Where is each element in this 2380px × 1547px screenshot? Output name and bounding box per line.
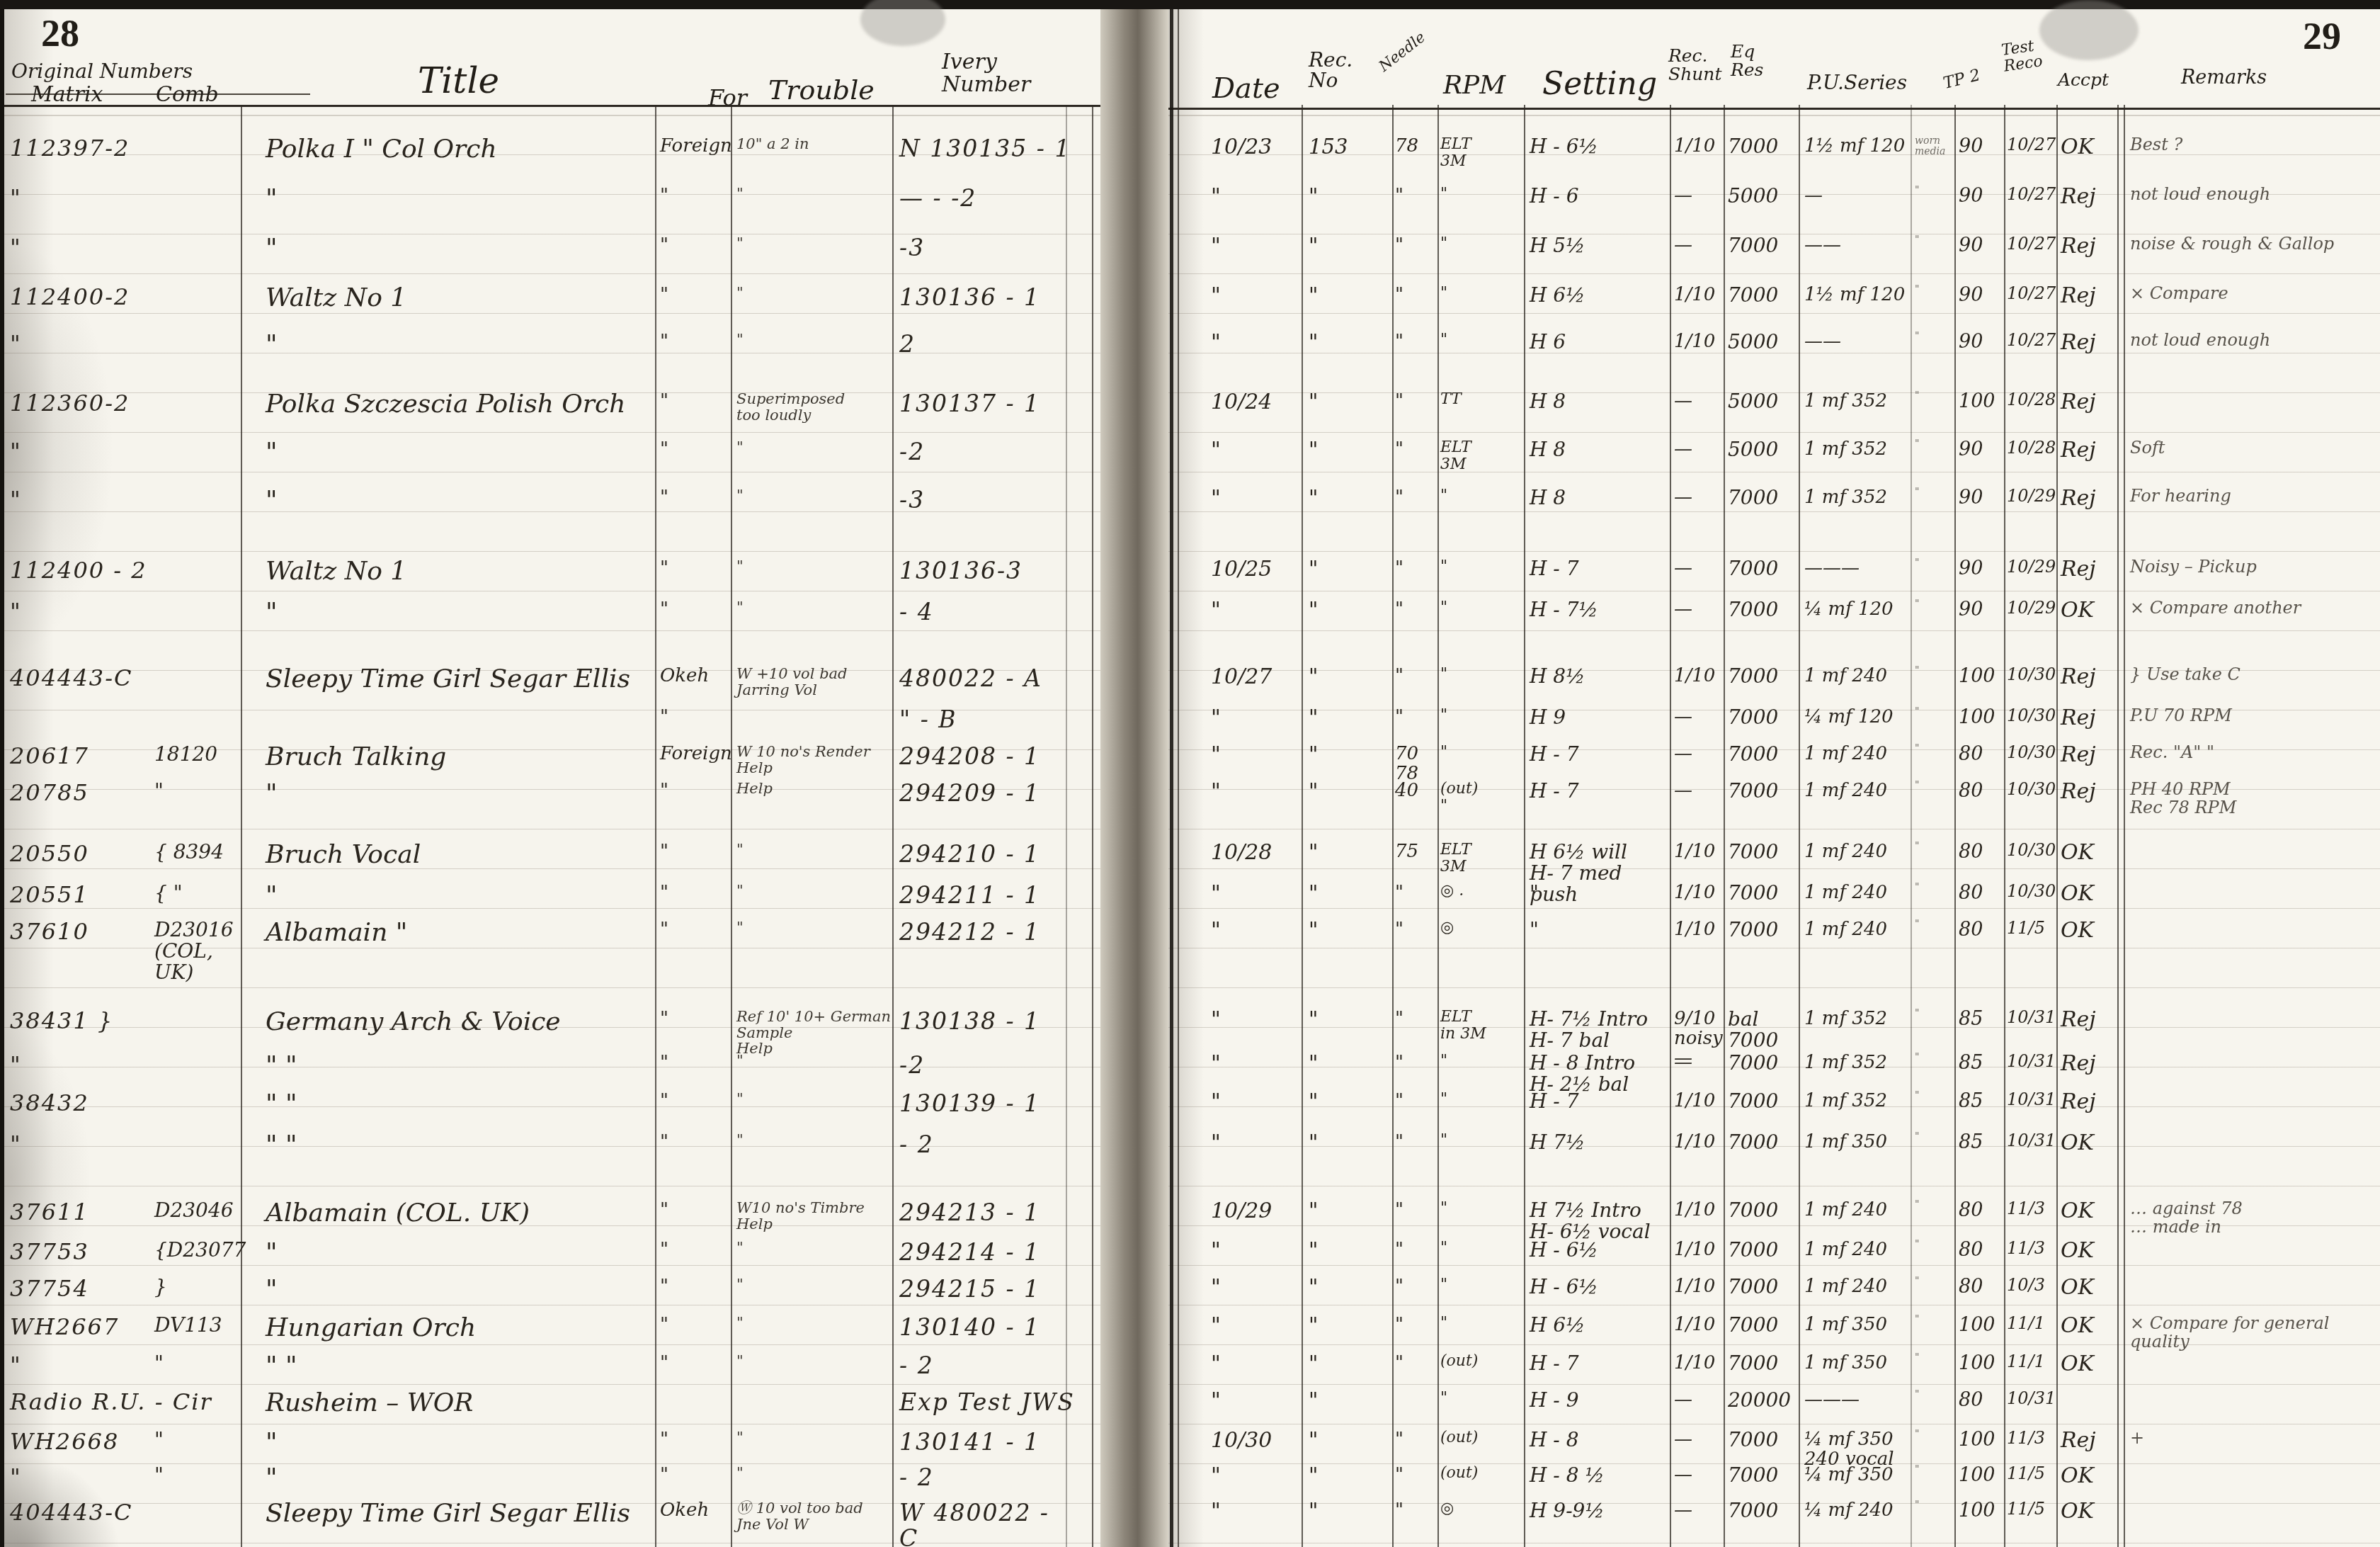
cell-shunt: — (1674, 781, 1725, 800)
header-ivery-number: Ivery Number (942, 51, 1030, 96)
cell-date: 10/25 (1211, 558, 1299, 581)
cell-date: " (1211, 235, 1299, 258)
cell-pu: 1 mf 350 (1804, 1132, 1914, 1152)
cell-tp: 90 (1959, 558, 2003, 579)
cell-trouble: Help (736, 781, 892, 797)
cell-shunt: 1/10 (1674, 285, 1725, 305)
cell-accpt: Rej (2061, 558, 2117, 581)
cell-rpm: " (1440, 744, 1524, 761)
cell-rpm: ELT in 3M (1440, 1009, 1524, 1043)
cell-date: " (1211, 599, 1299, 622)
cell-test: 10/29 (2007, 487, 2056, 506)
cell-needle: " (1395, 558, 1437, 578)
cell-rec: " (1309, 1132, 1390, 1154)
header-rec-shunt: Rec. Shunt (1668, 47, 1721, 84)
cell-title: " (266, 1429, 662, 1457)
cell-for: " (660, 558, 731, 578)
cell-title: Sleepy Time Girl Segar Ellis (266, 666, 662, 693)
cell-number: -2 (899, 439, 1076, 465)
cell-tp: 85 (1959, 1132, 2003, 1152)
cell-rec: " (1309, 1091, 1390, 1113)
cell-rpm: ELT 3M (1440, 136, 1524, 170)
cell-setting: H - 6½ (1530, 1276, 1671, 1298)
cell-setting: H - 8 ½ (1530, 1465, 1671, 1486)
cell-test: 11/5 (2007, 1465, 2056, 1483)
cell-pu: 1 mf 240 (1804, 781, 1914, 800)
cell-res: bal 7000 (1728, 1009, 1799, 1051)
cell-shunt: — (1674, 1465, 1725, 1485)
cell-res: 7000 (1728, 1429, 1799, 1451)
cell-res: 7000 (1728, 1240, 1799, 1261)
cell-setting: H 6 (1530, 331, 1671, 353)
cell-rec: " (1309, 883, 1390, 905)
cell-trouble: " (736, 1353, 892, 1369)
ledger-row: "" """-2""""H - 8 Intro H- 2½ bal—70001 … (0, 1053, 2380, 1095)
ledger-row: 37611D23046Albamain (COL. UK)"W10 no's T… (0, 1200, 2380, 1242)
cell-test: 11/1 (2007, 1315, 2056, 1333)
cell-date: " (1211, 1240, 1299, 1262)
cell-comb: D23046 (154, 1200, 246, 1221)
cell-accpt: OK (2061, 919, 2117, 942)
cell-pu: ¼ mf 350 240 vocal (1804, 1429, 1914, 1469)
cell-needle: " (1395, 919, 1437, 939)
header-trouble: Trouble (768, 76, 875, 105)
cell-shunt: — (1674, 439, 1725, 459)
cell-needle: " (1395, 707, 1437, 727)
cell-pu: 1 mf 240 (1804, 841, 1914, 861)
cell-setting: H 8 (1530, 487, 1671, 509)
header-eq-res: Eq Res (1731, 42, 1763, 80)
cell-title: Albamain " (266, 919, 662, 947)
cell-title: " " (266, 1053, 662, 1080)
cell-for: Okeh (660, 666, 731, 686)
cell-accpt: Rej (2061, 391, 2117, 414)
cell-test: 10/27 (2007, 331, 2056, 350)
cell-matrix: 112360-2 (10, 391, 237, 416)
cell-for: " (660, 331, 731, 351)
cell-date: " (1211, 487, 1299, 510)
cell-trouble: " (736, 1465, 892, 1481)
cell-date: " (1211, 1465, 1299, 1487)
cell-pu: 1½ mf 120 (1804, 285, 1914, 305)
cell-rec: " (1309, 744, 1390, 766)
cell-note: " (1915, 1200, 1956, 1211)
cell-res: 7000 (1728, 1315, 1799, 1336)
cell-shunt: 1/10 (1674, 919, 1725, 939)
cell-number: 294215 - 1 (899, 1276, 1076, 1302)
cell-accpt: Rej (2061, 439, 2117, 462)
cell-shunt: — (1674, 707, 1725, 727)
cell-for: " (660, 186, 731, 205)
cell-title: " (266, 186, 662, 213)
cell-needle: 70 78 (1395, 744, 1437, 783)
cell-title: " (266, 439, 662, 467)
cell-test: 10/28 (2007, 439, 2056, 458)
cell-res: 20000 (1728, 1390, 1799, 1411)
cell-title: Bruch Vocal (266, 841, 662, 869)
cell-title: " (266, 235, 662, 263)
cell-number: " - B (899, 707, 1076, 732)
cell-shunt: 1/10 (1674, 1091, 1725, 1111)
cell-test: 10/30 (2007, 841, 2056, 860)
cell-trouble: " (736, 841, 892, 858)
cell-rec: " (1309, 1429, 1390, 1451)
cell-matrix: " (10, 1132, 237, 1157)
cell-note: " (1915, 1009, 1956, 1019)
cell-trouble: " (736, 235, 892, 251)
cell-rec: " (1309, 1009, 1390, 1031)
cell-test: 10/31 (2007, 1009, 2056, 1027)
cell-rpm: ◎ . (1440, 883, 1524, 900)
cell-date: 10/23 (1211, 136, 1299, 159)
header-comb: Comb (156, 84, 219, 106)
cell-shunt: — (1674, 186, 1725, 205)
cell-trouble: " (736, 599, 892, 616)
cell-trouble: " (736, 487, 892, 504)
cell-rec: " (1309, 558, 1390, 580)
cell-res: 7000 (1728, 1091, 1799, 1112)
cell-accpt: Rej (2061, 235, 2117, 258)
cell-rpm: " (1440, 186, 1524, 203)
cell-setting: H- 7½ Intro H- 7 bal (1530, 1009, 1671, 1051)
cell-pu: 1 mf 352 (1804, 1009, 1914, 1028)
cell-res: 7000 (1728, 781, 1799, 802)
cell-test: 10/31 (2007, 1132, 2056, 1150)
cell-remarks: Rec. "A" " (2130, 744, 2374, 762)
cell-accpt: Rej (2061, 331, 2117, 354)
cell-rec: " (1309, 1200, 1390, 1222)
ledger-row: 404443-CSleepy Time Girl Segar EllisOkeh… (0, 666, 2380, 708)
cell-test: 10/31 (2007, 1091, 2056, 1109)
cell-res: 7000 (1728, 883, 1799, 904)
cell-note: " (1915, 558, 1956, 569)
cell-tp: 85 (1959, 1009, 2003, 1029)
cell-accpt: Rej (2061, 744, 2117, 766)
cell-needle: " (1395, 1200, 1437, 1220)
cell-rpm: " (1440, 1091, 1524, 1108)
cell-needle: " (1395, 1353, 1437, 1373)
cell-note: " (1915, 1500, 1956, 1511)
cell-pu: 1 mf 350 (1804, 1315, 1914, 1334)
cell-tp: 80 (1959, 883, 2003, 903)
cell-test: 10/3 (2007, 1276, 2056, 1295)
cell-rpm: ◎ (1440, 919, 1524, 936)
cell-remarks: Best ? (2130, 136, 2374, 154)
cell-rec: " (1309, 1390, 1390, 1412)
cell-test: 10/29 (2007, 599, 2056, 618)
cell-date: " (1211, 1315, 1299, 1337)
cell-rpm: " (1440, 1053, 1524, 1070)
cell-trouble: " (736, 186, 892, 202)
cell-title: Waltz No 1 (266, 285, 662, 312)
cell-pu: ¼ mf 120 (1804, 599, 1914, 619)
cell-title: Germany Arch & Voice (266, 1009, 662, 1036)
cell-rec: " (1309, 1240, 1390, 1262)
cell-tp: 80 (1959, 1240, 2003, 1260)
cell-tp: 90 (1959, 136, 2003, 157)
cell-date: 10/24 (1211, 391, 1299, 414)
cell-tp: 80 (1959, 744, 2003, 764)
cell-res: 7000 (1728, 558, 1799, 579)
smudge-mark (2039, 0, 2139, 60)
cell-rec: 153 (1309, 136, 1390, 158)
cell-rpm: " (1440, 558, 1524, 575)
cell-needle: " (1395, 1132, 1437, 1152)
cell-date: " (1211, 1091, 1299, 1113)
cell-shunt: — (1674, 744, 1725, 764)
cell-setting: H - 7 (1530, 558, 1671, 579)
cell-rpm: TT (1440, 391, 1524, 408)
cell-needle: " (1395, 331, 1437, 351)
header-for: For (708, 86, 747, 110)
cell-date: " (1211, 1500, 1299, 1523)
cell-date: " (1211, 186, 1299, 208)
ledger-row: """"- 4""""H - 7½—7000¼ mf 120"9010/29OK… (0, 599, 2380, 642)
cell-rpm: ELT 3M (1440, 841, 1524, 875)
cell-pu: 1 mf 352 (1804, 391, 1914, 411)
cell-date: " (1211, 1276, 1299, 1299)
header-accpt: Accpt (2058, 71, 2109, 89)
cell-rec: " (1309, 1315, 1390, 1337)
cell-res: 7000 (1728, 744, 1799, 765)
header-rpm: RPM (1443, 72, 1505, 99)
cell-trouble: " (736, 1091, 892, 1107)
cell-pu: 1 mf 240 (1804, 919, 1914, 939)
cell-setting: " (1530, 919, 1671, 941)
cell-test: 10/30 (2007, 883, 2056, 901)
cell-rpm: " (1440, 235, 1524, 252)
cell-title: Hungarian Orch (266, 1315, 662, 1342)
cell-res: 7000 (1728, 1465, 1799, 1486)
cell-date: " (1211, 883, 1299, 905)
cell-number: 130140 - 1 (899, 1315, 1076, 1340)
cell-shunt: 1/10 (1674, 1276, 1725, 1296)
cell-pu: 1 mf 240 (1804, 1200, 1914, 1220)
cell-test: 10/31 (2007, 1390, 2056, 1408)
cell-number: 130138 - 1 (899, 1009, 1076, 1034)
cell-title: Sleepy Time Girl Segar Ellis (266, 1500, 662, 1528)
cell-rec: " (1309, 391, 1390, 413)
cell-matrix: 112397-2 (10, 136, 237, 161)
cell-for: " (660, 1240, 731, 1259)
ledger-row: 37610D23016 (COL, UK)Albamain """294212 … (0, 919, 2380, 962)
cell-res: 7000 (1728, 235, 1799, 256)
cell-trouble: " (736, 439, 892, 455)
cell-note: " (1915, 1353, 1956, 1364)
cell-res: 7000 (1728, 136, 1799, 157)
cell-for: " (660, 1200, 731, 1220)
cell-title: " (266, 781, 662, 808)
cell-tp: 85 (1959, 1053, 2003, 1073)
cell-setting: H 8½ (1530, 666, 1671, 687)
cell-matrix: Radio R.U. - Cir (10, 1390, 237, 1415)
cell-rec: " (1309, 781, 1390, 803)
ledger-scan: 28 29 Original Numbers Matrix Comb Title… (0, 0, 2380, 1547)
cell-pu: 1½ mf 120 (1804, 136, 1914, 156)
cell-trouble: Ref 10' 10+ German Sample Help (736, 1009, 892, 1057)
cell-note: " (1915, 1053, 1956, 1063)
cell-comb: " (154, 1353, 246, 1374)
cell-pu: 1 mf 240 (1804, 744, 1914, 764)
cell-test: 11/5 (2007, 919, 2056, 938)
cell-accpt: OK (2061, 1240, 2117, 1262)
cell-trouble: " (736, 285, 892, 301)
cell-needle: " (1395, 487, 1437, 507)
cell-trouble: " (736, 1132, 892, 1148)
cell-rec: " (1309, 1465, 1390, 1487)
cell-trouble: W10 no's Timbre Help (736, 1200, 892, 1232)
cell-shunt: 1/10 (1674, 883, 1725, 902)
ledger-row: """"-3""""H 8—70001 mf 352"9010/29RejFor… (0, 487, 2380, 530)
cell-needle: " (1395, 285, 1437, 305)
cell-shunt: 1/10 (1674, 841, 1725, 861)
cell-date: " (1211, 1390, 1299, 1412)
cell-shunt: — (1674, 558, 1725, 578)
cell-rpm: (out) " (1440, 781, 1524, 815)
cell-note: " (1915, 841, 1956, 852)
cell-setting: H - 6½ (1530, 136, 1671, 157)
cell-title: " " (266, 1132, 662, 1160)
cell-setting: H - 7 (1530, 1353, 1671, 1374)
cell-trouble: " (736, 1240, 892, 1256)
cell-trouble: " (736, 1429, 892, 1446)
cell-date: " (1211, 707, 1299, 730)
cell-for: " (660, 707, 731, 727)
cell-for: " (660, 235, 731, 255)
cell-matrix: " (10, 186, 237, 210)
cell-needle: " (1395, 883, 1437, 902)
cell-needle: " (1395, 235, 1437, 255)
cell-test: 10/27 (2007, 186, 2056, 204)
cell-accpt: Rej (2061, 487, 2117, 510)
cell-comb: DV113 (154, 1315, 246, 1336)
header-underline-right (1168, 108, 2380, 110)
ledger-row: """"2""""H 61/105000——"9010/27Rejnot lou… (0, 331, 2380, 374)
cell-for: " (660, 285, 731, 305)
cell-note: " (1915, 439, 1956, 450)
cell-needle: " (1395, 1091, 1437, 1111)
cell-rpm: " (1440, 1240, 1524, 1257)
cell-matrix: " (10, 1053, 237, 1077)
cell-rec: " (1309, 707, 1390, 729)
cell-number: - 2 (899, 1353, 1076, 1378)
cell-number: 294208 - 1 (899, 744, 1076, 769)
ledger-row: WH2667DV113Hungarian Orch""130140 - 1"""… (0, 1315, 2380, 1357)
cell-accpt: Rej (2061, 781, 2117, 803)
cell-title: Polka I " Col Orch (266, 136, 662, 164)
cell-test: 10/27 (2007, 136, 2056, 154)
cell-shunt: — (1674, 235, 1725, 255)
cell-rpm: " (1440, 707, 1524, 724)
cell-date: " (1211, 919, 1299, 942)
cell-matrix: " (10, 331, 237, 356)
cell-needle: " (1395, 439, 1437, 459)
cell-title: Albamain (COL. UK) (266, 1200, 662, 1228)
cell-pu: —— (1804, 235, 1914, 255)
cell-setting: H 8 (1530, 439, 1671, 460)
cell-note: " (1915, 883, 1956, 893)
cell-test: 11/5 (2007, 1500, 2056, 1519)
cell-note: " (1915, 781, 1956, 791)
scan-top-edge (0, 0, 2380, 9)
cell-shunt: — (1674, 487, 1725, 507)
cell-trouble: " (736, 1276, 892, 1293)
cell-title: " (266, 1465, 662, 1492)
cell-needle: " (1395, 1315, 1437, 1334)
cell-shunt: — (1674, 391, 1725, 411)
cell-rpm: " (1440, 331, 1524, 348)
cell-date: " (1211, 1353, 1299, 1376)
cell-setting: H - 7 (1530, 1091, 1671, 1112)
cell-for: Foreign (660, 136, 731, 156)
ledger-row: """"-3""""H 5½—7000——"9010/27Rejnoise & … (0, 235, 2380, 278)
cell-tp: 90 (1959, 285, 2003, 305)
cell-number: 294209 - 1 (899, 781, 1076, 806)
cell-trouble: " (736, 1315, 892, 1331)
cell-setting: H 5½ (1530, 235, 1671, 256)
cell-rec: " (1309, 919, 1390, 941)
cell-shunt: 1/10 (1674, 331, 1725, 351)
cell-accpt: OK (2061, 1200, 2117, 1223)
cell-for: " (660, 599, 731, 619)
cell-rec: " (1309, 666, 1390, 688)
cell-setting: H 7½ Intro H- 6½ vocal (1530, 1200, 1671, 1242)
cell-title: Rusheim – WOR (266, 1390, 662, 1417)
ledger-row: 38432" """130139 - 1""""H - 71/1070001 m… (0, 1091, 2380, 1133)
cell-matrix: 404443-C (10, 666, 237, 691)
cell-for: " (660, 439, 731, 459)
cell-matrix: " (10, 599, 237, 624)
cell-date: " (1211, 744, 1299, 766)
cell-title: " (266, 883, 662, 910)
cell-res: 7000 (1728, 1500, 1799, 1521)
cell-number: 130136 - 1 (899, 285, 1076, 310)
cell-number: 294211 - 1 (899, 883, 1076, 908)
cell-trouble: " (736, 883, 892, 899)
cell-rec: " (1309, 235, 1390, 257)
cell-comb: } (154, 1276, 246, 1298)
ledger-row: 112400 - 2Waltz No 1""130136-310/25"""H … (0, 558, 2380, 601)
cell-shunt: — (1674, 599, 1725, 619)
cell-res: 7000 (1728, 841, 1799, 863)
cell-pu: ——— (1804, 558, 1914, 578)
cell-rpm: " (1440, 1200, 1524, 1217)
cell-title: " (266, 487, 662, 515)
cell-note: " (1915, 186, 1956, 196)
cell-pu: —— (1804, 331, 1914, 351)
ledger-row: 37754}"""294215 - 1""""H - 6½1/1070001 m… (0, 1276, 2380, 1319)
cell-pu: 1 mf 240 (1804, 883, 1914, 902)
cell-comb: " (154, 1429, 246, 1451)
cell-remarks: × Compare for general quality (2130, 1315, 2374, 1351)
cell-matrix: " (10, 439, 237, 464)
cell-setting: H - 6½ (1530, 1240, 1671, 1261)
cell-title: " " (266, 1091, 662, 1118)
cell-remarks: For hearing (2130, 487, 2374, 506)
cell-title: Waltz No 1 (266, 558, 662, 586)
ledger-row: """"— ‑ -2""""H - 6—5000—"9010/27Rejnot … (0, 186, 2380, 228)
cell-title: Bruch Talking (266, 744, 662, 771)
cell-date: " (1211, 285, 1299, 307)
ledger-row: 20785"""Help294209 - 1""40(out) "H - 7—7… (0, 781, 2380, 823)
cell-note: " (1915, 1240, 1956, 1250)
cell-needle: " (1395, 599, 1437, 619)
cell-number: — ‑ -2 (899, 186, 1076, 211)
cell-tp: 80 (1959, 841, 2003, 862)
cell-for: " (660, 1276, 731, 1296)
cell-trouble: W 10 no's Render Help (736, 744, 892, 776)
cell-number: 130137 - 1 (899, 391, 1076, 416)
